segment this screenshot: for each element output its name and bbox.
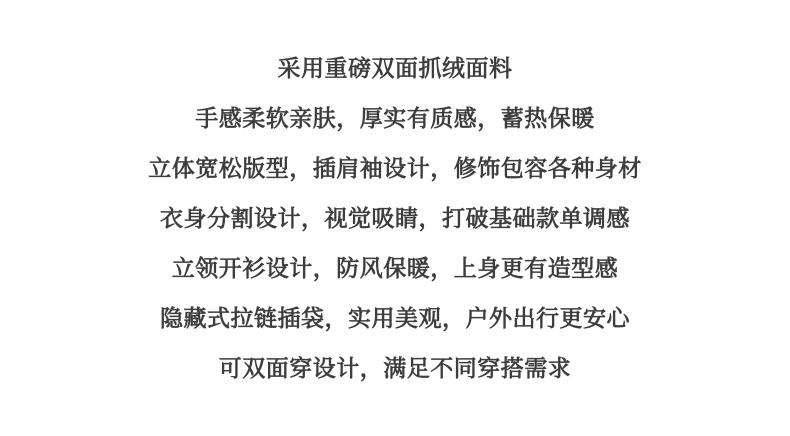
line-fabric-title: 采用重磅双面抓绒面料 [278, 43, 513, 93]
line-zip-pocket: 隐藏式拉链插袋，实用美观，户外出行更安心 [160, 293, 630, 343]
line-feel-warmth: 手感柔软亲肤，厚实有质感，蓄热保暖 [195, 93, 595, 143]
line-loose-fit: 立体宽松版型，插肩袖设计，修饰包容各种身材 [148, 143, 642, 193]
line-panel-design: 衣身分割设计，视觉吸睛，打破基础款单调感 [160, 193, 630, 243]
product-description-block: 采用重磅双面抓绒面料 手感柔软亲肤，厚实有质感，蓄热保暖 立体宽松版型，插肩袖设… [148, 43, 642, 393]
line-reversible: 可双面穿设计，满足不同穿搭需求 [219, 343, 572, 393]
line-collar-design: 立领开衫设计，防风保暖，上身更有造型感 [172, 243, 619, 293]
product-description-page: 采用重磅双面抓绒面料 手感柔软亲肤，厚实有质感，蓄热保暖 立体宽松版型，插肩袖设… [0, 0, 790, 436]
